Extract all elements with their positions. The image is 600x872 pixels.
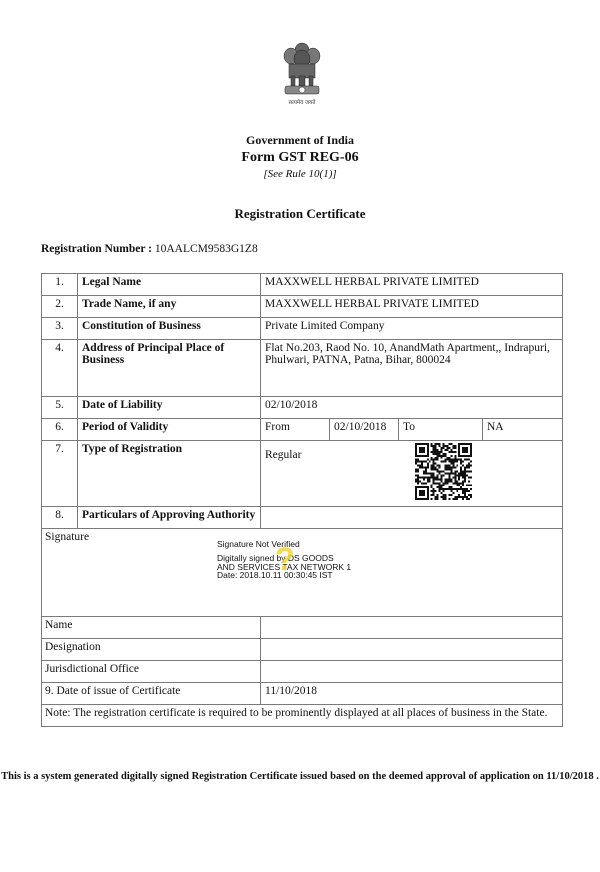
row-number: 7. (42, 441, 78, 507)
certificate-table: 1. Legal Name MAXXWELL HERBAL PRIVATE LI… (41, 273, 563, 727)
authority-name-value (261, 617, 563, 639)
row-label: Trade Name, if any (78, 296, 261, 318)
validity-to-label: To (399, 419, 483, 441)
validity-from-value: 02/10/2018 (330, 419, 399, 441)
row-label: Constitution of Business (78, 318, 261, 340)
footer-disclaimer: This is a system generated digitally sig… (0, 771, 600, 782)
table-row: 4. Address of Principal Place of Busines… (42, 340, 563, 397)
validity-to-value: NA (483, 419, 563, 441)
row-number: 1. (42, 274, 78, 296)
table-row: 2. Trade Name, if any MAXXWELL HERBAL PR… (42, 296, 563, 318)
validity-from-label: From (261, 419, 330, 441)
issue-date-value: 11/10/2018 (261, 683, 563, 705)
svg-text:सत्यमेव जयते: सत्यमेव जयते (288, 99, 316, 106)
table-row: 1. Legal Name MAXXWELL HERBAL PRIVATE LI… (42, 274, 563, 296)
issue-date-label: 9. Date of issue of Certificate (42, 683, 261, 705)
qr-code-icon (415, 443, 472, 500)
approving-authority-value (261, 507, 563, 529)
table-row: 6. Period of Validity From 02/10/2018 To… (42, 419, 563, 441)
row-number: 2. (42, 296, 78, 318)
national-emblem-icon: सत्यमेव जयते (277, 40, 327, 108)
row-number: 8. (42, 507, 78, 529)
table-row: 8. Particulars of Approving Authority (42, 507, 563, 529)
designation-value (261, 639, 563, 661)
note-row: Note: The registration certificate is re… (42, 705, 563, 727)
designation-label: Designation (42, 639, 261, 661)
row-label: Period of Validity (78, 419, 261, 441)
table-row: Name (42, 617, 563, 639)
jurisdictional-office-label: Jurisdictional Office (42, 661, 261, 683)
row-label: Date of Liability (78, 397, 261, 419)
table-row: 5. Date of Liability 02/10/2018 (42, 397, 563, 419)
table-row: 3. Constitution of Business Private Limi… (42, 318, 563, 340)
row-label: Address of Principal Place of Business (82, 342, 256, 366)
row-label: Particulars of Approving Authority (78, 507, 261, 529)
table-row: Jurisdictional Office (42, 661, 563, 683)
table-row: 9. Date of issue of Certificate 11/10/20… (42, 683, 563, 705)
registration-type-value: Regular (261, 441, 563, 507)
table-row: 7. Type of Registration Regular (42, 441, 563, 507)
registration-number: Registration Number : 10AALCM9583G1Z8 (41, 243, 258, 255)
date-of-liability-value: 02/10/2018 (261, 397, 563, 419)
row-number: 4. (42, 340, 78, 397)
rule-reference: [See Rule 10(1)] (0, 168, 600, 180)
government-heading: Government of India (0, 133, 600, 148)
address-value: Flat No.203, Raod No. 10, AnandMath Apar… (261, 340, 563, 397)
form-title: Form GST REG-06 (0, 150, 600, 166)
note-text: Note: The registration certificate is re… (42, 705, 563, 727)
registration-number-label: Registration Number : (41, 243, 152, 255)
authority-name-label: Name (42, 617, 261, 639)
row-label: Type of Registration (78, 441, 261, 507)
row-number: 6. (42, 419, 78, 441)
row-number: 3. (42, 318, 78, 340)
row-number: 5. (42, 397, 78, 419)
question-mark-icon: ? (275, 543, 295, 575)
jurisdictional-office-value (261, 661, 563, 683)
certificate-title: Registration Certificate (0, 206, 600, 222)
trade-name-value: MAXXWELL HERBAL PRIVATE LIMITED (261, 296, 563, 318)
table-row: Designation (42, 639, 563, 661)
legal-name-value: MAXXWELL HERBAL PRIVATE LIMITED (261, 274, 563, 296)
constitution-value: Private Limited Company (261, 318, 563, 340)
registration-number-value: 10AALCM9583G1Z8 (155, 243, 258, 255)
row-label: Legal Name (78, 274, 261, 296)
